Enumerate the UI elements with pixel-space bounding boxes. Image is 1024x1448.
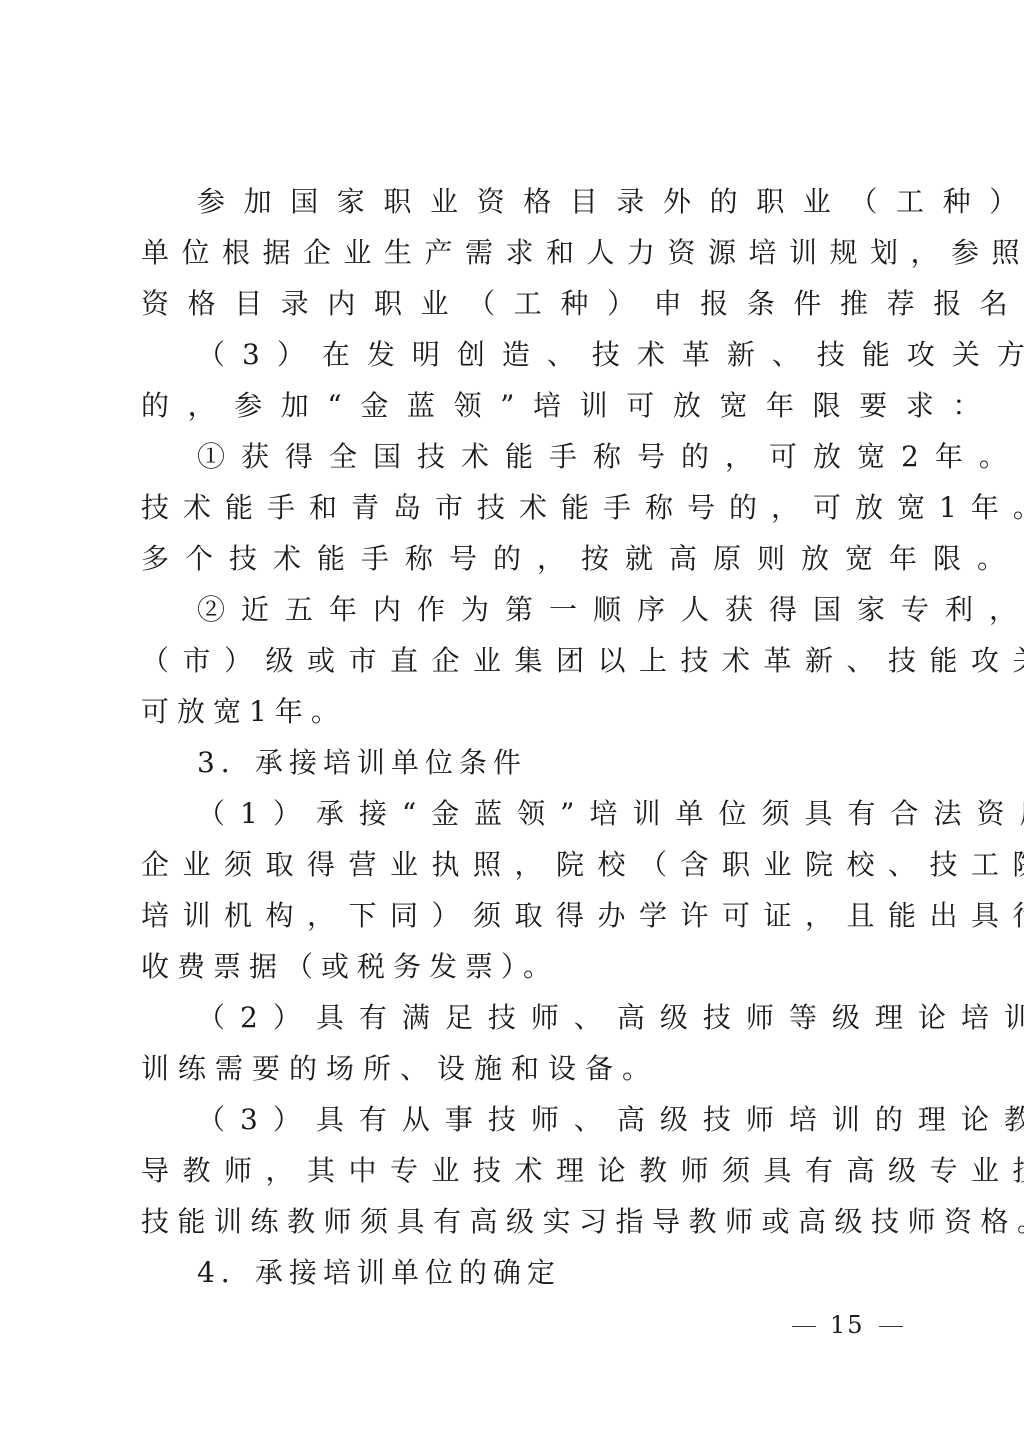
paragraph-line: 技能训练教师须具有高级实习指导教师或高级技师资格。 [141, 1196, 897, 1247]
paragraph-line: 企业须取得营业执照，院校（含职业院校、技工院校、职业 [141, 839, 897, 890]
paragraph-line: （1）承接“金蓝领”培训单位须具有合法资质。其中： [141, 788, 897, 839]
paragraph-line: ①获得全国技术能手称号的，可放宽2年。获得山东省 [141, 431, 897, 482]
paragraph-line: （3）在发明创造、技术革新、技能攻关方面成果突出 [141, 329, 897, 380]
paragraph-line: 参加国家职业资格目录外的职业（工种）培训，由用人 [141, 176, 897, 227]
dash-right [879, 1326, 903, 1327]
document-page: 参加国家职业资格目录外的职业（工种）培训，由用人 单位根据企业生产需求和人力资源… [141, 176, 897, 1298]
paragraph-line: 资格目录内职业（工种）申报条件推荐报名。 [141, 278, 897, 329]
dash-left [792, 1326, 816, 1327]
page-number: 15 [830, 1311, 865, 1339]
section-heading: 3．承接培训单位条件 [141, 737, 897, 788]
paragraph-line: 单位根据企业生产需求和人力资源培训规划，参照国家职业 [141, 227, 897, 278]
paragraph-line: 技术能手和青岛市技术能手称号的，可放宽1年。同时获得 [141, 482, 897, 533]
paragraph-line: 培训机构，下同）须取得办学许可证，且能出具行政事业性 [141, 890, 897, 941]
page-footer: 15 [778, 1310, 917, 1340]
paragraph-line: （2）具有满足技师、高级技师等级理论培训和技能操作 [141, 992, 897, 1043]
paragraph-line: （市）级或市直企业集团以上技术革新、技能攻关奖励的， [141, 635, 897, 686]
paragraph-line: 收费票据（或税务发票）。 [141, 941, 897, 992]
paragraph-line: 导教师，其中专业技术理论教师须具有高级专业技术职务， [141, 1145, 897, 1196]
paragraph-line: 可放宽1年。 [141, 686, 897, 737]
paragraph-line: 训练需要的场所、设施和设备。 [141, 1043, 897, 1094]
paragraph-line: 多个技术能手称号的，按就高原则放宽年限。 [141, 533, 897, 584]
paragraph-line: （3）具有从事技师、高级技师培训的理论教师和实习指 [141, 1094, 897, 1145]
section-heading: 4．承接培训单位的确定 [141, 1247, 897, 1298]
paragraph-line: 的，参加“金蓝领”培训可放宽年限要求： [141, 380, 897, 431]
paragraph-line: ②近五年内作为第一顺序人获得国家专利，或者获得区 [141, 584, 897, 635]
